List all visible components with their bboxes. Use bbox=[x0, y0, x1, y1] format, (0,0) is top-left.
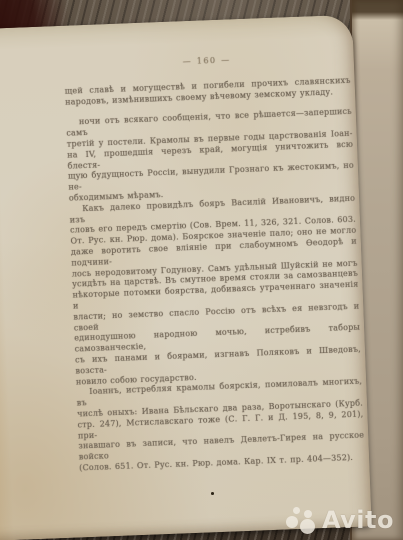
book-page: — 160 — щей славѣ и могуществѣ и погибел… bbox=[0, 15, 372, 540]
paragraph: Іоаннъ, истребляя крамолы боярскія, поми… bbox=[76, 377, 365, 474]
paragraph: щей славѣ и могуществѣ и погибели прочих… bbox=[65, 76, 352, 109]
fly-speck bbox=[211, 492, 214, 495]
book-photo: — 160 — щей славѣ и могуществѣ и погибел… bbox=[0, 0, 403, 540]
page-text-block: — 160 — щей славѣ и могуществѣ и погибел… bbox=[64, 51, 366, 474]
page-number: — 160 — bbox=[64, 51, 350, 73]
avito-wordmark: Avito bbox=[322, 506, 394, 534]
paragraph: Какъ далеко провидѣлъ бояръ Василій Иван… bbox=[69, 193, 362, 387]
paragraph: ночи отъ всякаго сообщенія, что все рѣша… bbox=[66, 107, 355, 204]
avito-watermark: Avito bbox=[286, 506, 394, 534]
avito-logo-icon bbox=[286, 506, 317, 534]
